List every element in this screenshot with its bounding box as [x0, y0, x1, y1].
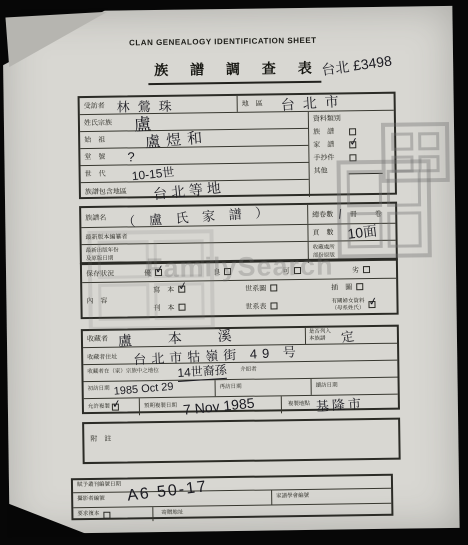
checkbox: [270, 303, 277, 310]
publication-label-line1: 最新出版年份: [86, 248, 119, 256]
checkbox: ✓: [349, 141, 356, 148]
checkbox: ✓: [112, 404, 119, 411]
grade-poor: 劣: [352, 265, 370, 275]
hall-name-value: ?: [127, 149, 134, 164]
grade-good: 良: [213, 266, 231, 276]
genealogy-table: 族譜名 （ 盧 氏 家 譜 ） 總卷數 / 冊 卷 最新版本編纂者 頁 數 10…: [79, 202, 398, 264]
volume-unit-juan: 卷: [375, 208, 382, 218]
revisit-label: 再訪日期: [220, 384, 242, 391]
option-family-genealogy: 家 譜 ✓: [313, 139, 390, 150]
english-title: CLAN GENEALOGY IDENTIFICATION SHEET: [33, 34, 413, 48]
copy-date-value: 7 Nov 1985: [182, 394, 255, 417]
option-other: 其他: [314, 165, 391, 176]
listed-label-line2: 本族譜: [309, 336, 331, 343]
mailing-address-cell: 寄贈地址: [153, 504, 391, 521]
row-copy-request: 要求複本 寄贈地址: [73, 504, 391, 522]
clan-position-label: 收藏者在（家）宗族中之地位: [87, 368, 159, 376]
chinese-title: 族 譜 調 查 表: [148, 58, 321, 85]
data-category-label: 資料類別: [313, 113, 390, 124]
option-label: 其他: [314, 165, 346, 175]
checkbox: [363, 266, 370, 273]
copy-date-cell: 預期複製日期 7 Nov 1985: [140, 396, 282, 415]
interviewee-cell: 受訪者 林鶯珠: [80, 96, 237, 114]
scanned-image-background: CLAN GENEALOGY IDENTIFICATION SHEET 族 譜 …: [0, 0, 468, 545]
covered-area-label: 族譜包含地區: [85, 186, 127, 197]
next-visit-label: 續訪日期: [316, 383, 338, 390]
checkbox: ✓: [368, 301, 375, 308]
first-visit-cell: 初訪日期 1985 Oct 29: [88, 380, 216, 398]
first-ancestor-label: 始 祖: [84, 135, 105, 145]
handwritten-reference-number: 台北 £3498: [320, 51, 393, 80]
copy-date-label: 預期複製日期: [144, 403, 177, 411]
row-copy-permission: 允許複製 ✓ 預期複製日期 7 Nov 1985 複製地點 基隆市: [84, 395, 398, 416]
copy-allowed-cell: 允許複製 ✓: [88, 398, 140, 416]
condition-label: 保存狀況: [86, 268, 114, 278]
condition-table: 保存狀況 優 ✓ 良 可 劣: [80, 259, 399, 319]
notes-box: 附 註: [82, 418, 401, 464]
content-row-2: 刊 本 世系表 有關婦女資料 （母系姓氏） ✓: [117, 297, 396, 315]
option-label: 刊 本: [153, 303, 174, 313]
content-label: 內 容: [86, 296, 107, 306]
volumes-label: 總卷數: [312, 209, 333, 219]
generations-label: 世 代: [85, 169, 106, 179]
generations-value: 10-15世: [131, 162, 175, 183]
region-label: 地 區: [242, 99, 263, 109]
checkmark: ✓: [154, 262, 165, 276]
paper-sheet: CLAN GENEALOGY IDENTIFICATION SHEET 族 譜 …: [2, 6, 459, 534]
next-visit-cell: 續訪日期: [312, 378, 398, 395]
copy-place-value: 基隆市: [315, 393, 364, 415]
collector-table: 收藏者 盧 本 溪 是否列入 本族譜 定 收藏者住址 台北市牯嶺街 49 号 收…: [81, 325, 400, 414]
option-lineage-table: 世系表: [245, 301, 331, 312]
grade-fair: 可: [283, 266, 301, 276]
other-blank-line: [349, 166, 383, 174]
data-category-column: 資料類別 族 譜 家 譜 ✓ 手抄件 其他: [308, 111, 395, 197]
referrer-label: 介紹者: [240, 367, 257, 374]
checkbox: [270, 285, 277, 292]
option-label: 寫 本: [153, 285, 174, 295]
interview-left-column: 姓氏宗族 盧 始 祖 盧煜和 堂 號 ? 世 代 10-15世: [80, 112, 309, 200]
checkbox: [178, 304, 185, 311]
interviewee-label: 受訪者: [84, 101, 105, 111]
pages-cell: 頁 數 10面: [307, 224, 395, 241]
option-lineage-chart: 世系圖: [245, 283, 331, 294]
genealogy-name-label: 族譜名: [85, 212, 106, 222]
condition-options: 優 ✓ 良 可 劣: [114, 264, 396, 278]
option-label: 世系圖: [245, 283, 266, 293]
publication-label: 最新出版年份 及原版日期: [86, 248, 119, 263]
interview-body: 姓氏宗族 盧 始 祖 盧煜和 堂 號 ? 世 代 10-15世: [80, 111, 395, 200]
option-women-records: 有關婦女資料 （母系姓氏） ✓: [331, 298, 375, 313]
option-manuscript: 手抄件: [313, 152, 390, 163]
grade-excellent: 優 ✓: [144, 267, 162, 277]
checkmark: ✓: [111, 397, 122, 411]
option-label: 插 圖: [331, 282, 352, 292]
surname-clan-label: 姓氏宗族: [84, 118, 112, 128]
checkbox: [356, 284, 363, 291]
row-covered-area: 族譜包含地區 台北等地: [81, 180, 309, 200]
assign-date-label: 賦予叢刊編號日期: [77, 482, 121, 490]
notes-label: 附 註: [90, 436, 111, 443]
storage-label-line2: 部份原版: [313, 252, 335, 259]
option-illustrations: 插 圖: [331, 282, 363, 292]
content-options: 寫 本 ✓ 世系圖 插 圖: [117, 279, 396, 319]
checkbox: [224, 268, 231, 275]
society-number-label: 家譜學會編號: [276, 493, 309, 501]
checkmark: ✓: [367, 295, 378, 309]
listed-cell: 是否列入 本族譜 定: [305, 327, 397, 344]
photographer-number-label: 攝影者編號: [77, 496, 105, 504]
pages-label: 頁 數: [312, 228, 333, 238]
compiler-label: 最新版本編纂者: [85, 231, 127, 241]
region-cell: 地 區 台北市: [237, 94, 394, 112]
interview-table: 受訪者 林鶯珠 地 區 台北市 姓氏宗族 盧 始 祖 盧煜和: [78, 92, 397, 199]
volume-unit-ce: 冊: [350, 209, 357, 219]
copy-request-label: 要求複本: [77, 511, 99, 518]
checkbox: ✓: [178, 286, 185, 293]
surname-clan-value: 盧: [133, 109, 152, 135]
grade-label: 可: [283, 266, 290, 276]
women-records-label-line2: （母系姓氏）: [332, 305, 365, 313]
option-label: 手抄件: [313, 152, 345, 162]
storage-label-line1: 收藏處所: [313, 245, 335, 252]
collector-name-label: 收藏者: [87, 334, 108, 344]
option-label: 家 譜: [313, 139, 345, 149]
checkbox: [349, 154, 356, 161]
mailing-address-label: 寄贈地址: [161, 510, 183, 517]
copy-place-cell: 複製地點 基隆市: [282, 395, 398, 414]
option-label: 族 譜: [313, 126, 345, 136]
hall-name-label: 堂 號: [84, 152, 105, 162]
row-content: 內 容 寫 本 ✓ 世系圖 插 圖: [82, 279, 396, 319]
checkbox: ✓: [155, 269, 162, 276]
checkmark: ✓: [177, 279, 188, 293]
volumes-value: /: [337, 206, 343, 221]
checkbox: [103, 511, 110, 518]
first-visit-label: 初訪日期: [88, 386, 110, 393]
clan-position-value: 14世裔孫: [176, 361, 226, 382]
copy-allowed-label: 允許複製: [88, 404, 110, 411]
option-label: 世系表: [245, 301, 266, 311]
collector-address-label: 收藏者住址: [87, 351, 117, 360]
first-visit-value: 1985 Oct 29: [113, 381, 174, 398]
society-number-cell: 家譜學會編號: [271, 489, 391, 505]
copy-request-cell: 要求複本: [73, 507, 153, 522]
revisit-cell: 再訪日期: [216, 379, 312, 396]
grade-label: 劣: [352, 265, 359, 275]
content-row-1: 寫 本 ✓ 世系圖 插 圖: [117, 282, 396, 296]
listed-label: 是否列入 本族譜: [309, 328, 331, 343]
women-records-label: 有關婦女資料 （母系姓氏）: [331, 298, 364, 313]
grade-label: 優: [144, 268, 151, 278]
option-manuscript-copy: 寫 本 ✓: [153, 284, 245, 295]
checkbox: [294, 267, 301, 274]
listed-value: 定: [340, 325, 356, 346]
storage-label: 收藏處所 部份原版: [313, 245, 335, 260]
option-printed-copy: 刊 本: [153, 302, 245, 313]
admin-table: 賦予叢刊編號日期 攝影者編號 A6 50-17 家譜學會編號 要求複本 寄贈地址: [71, 474, 394, 520]
volumes-cell: 總卷數 / 冊 卷: [307, 204, 395, 224]
copy-place-label: 複製地點: [288, 401, 310, 408]
publication-label-line2: 及原版日期: [86, 255, 119, 263]
grade-label: 良: [213, 267, 220, 277]
